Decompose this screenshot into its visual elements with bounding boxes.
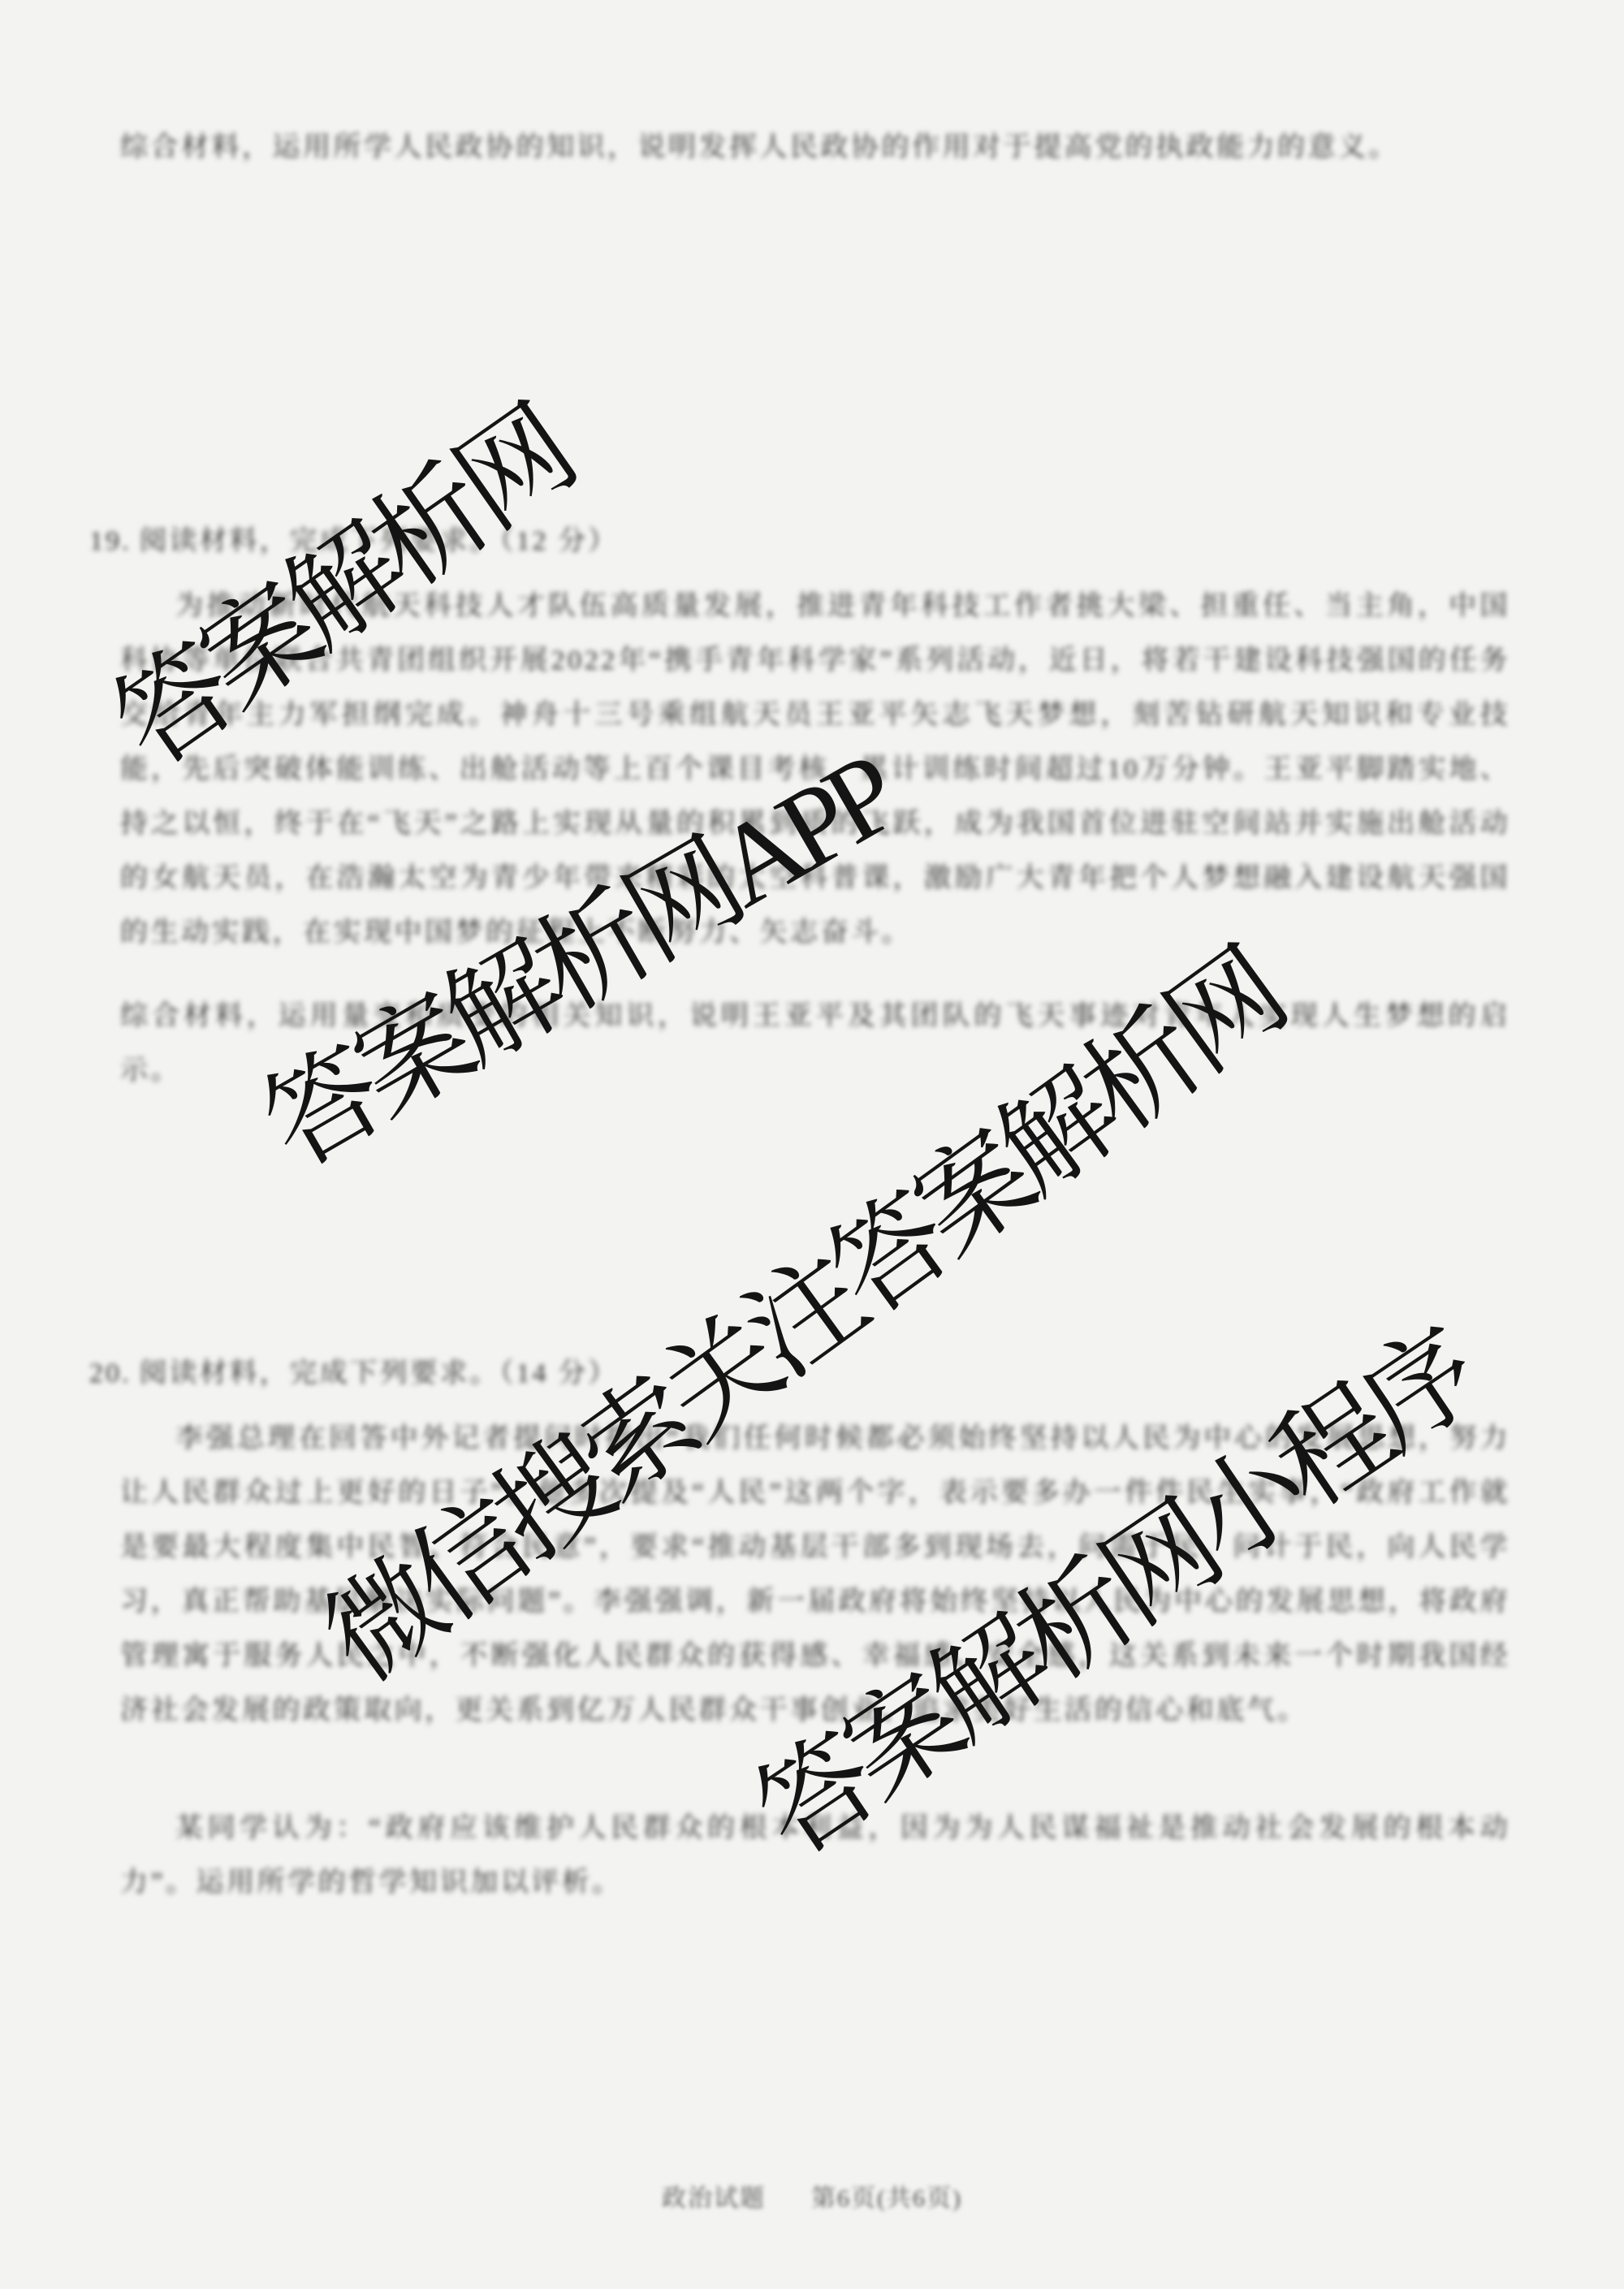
previous-question-continuation-text: 综合材料，运用所学人民政协的知识，说明发挥人民政协的作用对于提高党的执政能力的意… bbox=[120, 120, 1510, 175]
question-20-prompt: 某同学认为：“政府应该维护人民群众的根本利益，因为为人民谋福祉是推动社会发展的根… bbox=[120, 1801, 1510, 1910]
question-20-header-text: 阅读材料，完成下列要求。（14 分） bbox=[140, 1358, 619, 1389]
footer-doc-title: 政治试题 bbox=[662, 2185, 766, 2212]
question-19-prompt: 综合材料，运用量变和质变的相关知识，说明王亚平及其团队的飞天事迹对青年人实现人生… bbox=[120, 989, 1510, 1098]
question-19-header: 19.阅读材料，完成下列要求。（12 分） bbox=[89, 514, 618, 568]
question-19-number: 19. bbox=[89, 526, 132, 556]
page-footer: 政治试题第6页(共6页) bbox=[0, 2178, 1624, 2213]
question-19-material-paragraph: 为推动新时代航天科技人才队伍高质量发展，推进青年科技工作者挑大梁、担重任、当主角… bbox=[120, 579, 1510, 960]
question-19-header-text: 阅读材料，完成下列要求。（12 分） bbox=[140, 526, 619, 556]
question-20-number: 20. bbox=[89, 1358, 132, 1389]
footer-page-number: 第6页(共6页) bbox=[811, 2185, 962, 2212]
scanned-exam-page: 综合材料，运用所学人民政协的知识，说明发挥人民政协的作用对于提高党的执政能力的意… bbox=[0, 0, 1624, 2289]
question-20-header: 20.阅读材料，完成下列要求。（14 分） bbox=[89, 1346, 618, 1401]
question-20-material-paragraph: 李强总理在回答中外记者提问时指出“我们任何时候都必须始终坚持以人民为中心的发展思… bbox=[120, 1411, 1510, 1738]
